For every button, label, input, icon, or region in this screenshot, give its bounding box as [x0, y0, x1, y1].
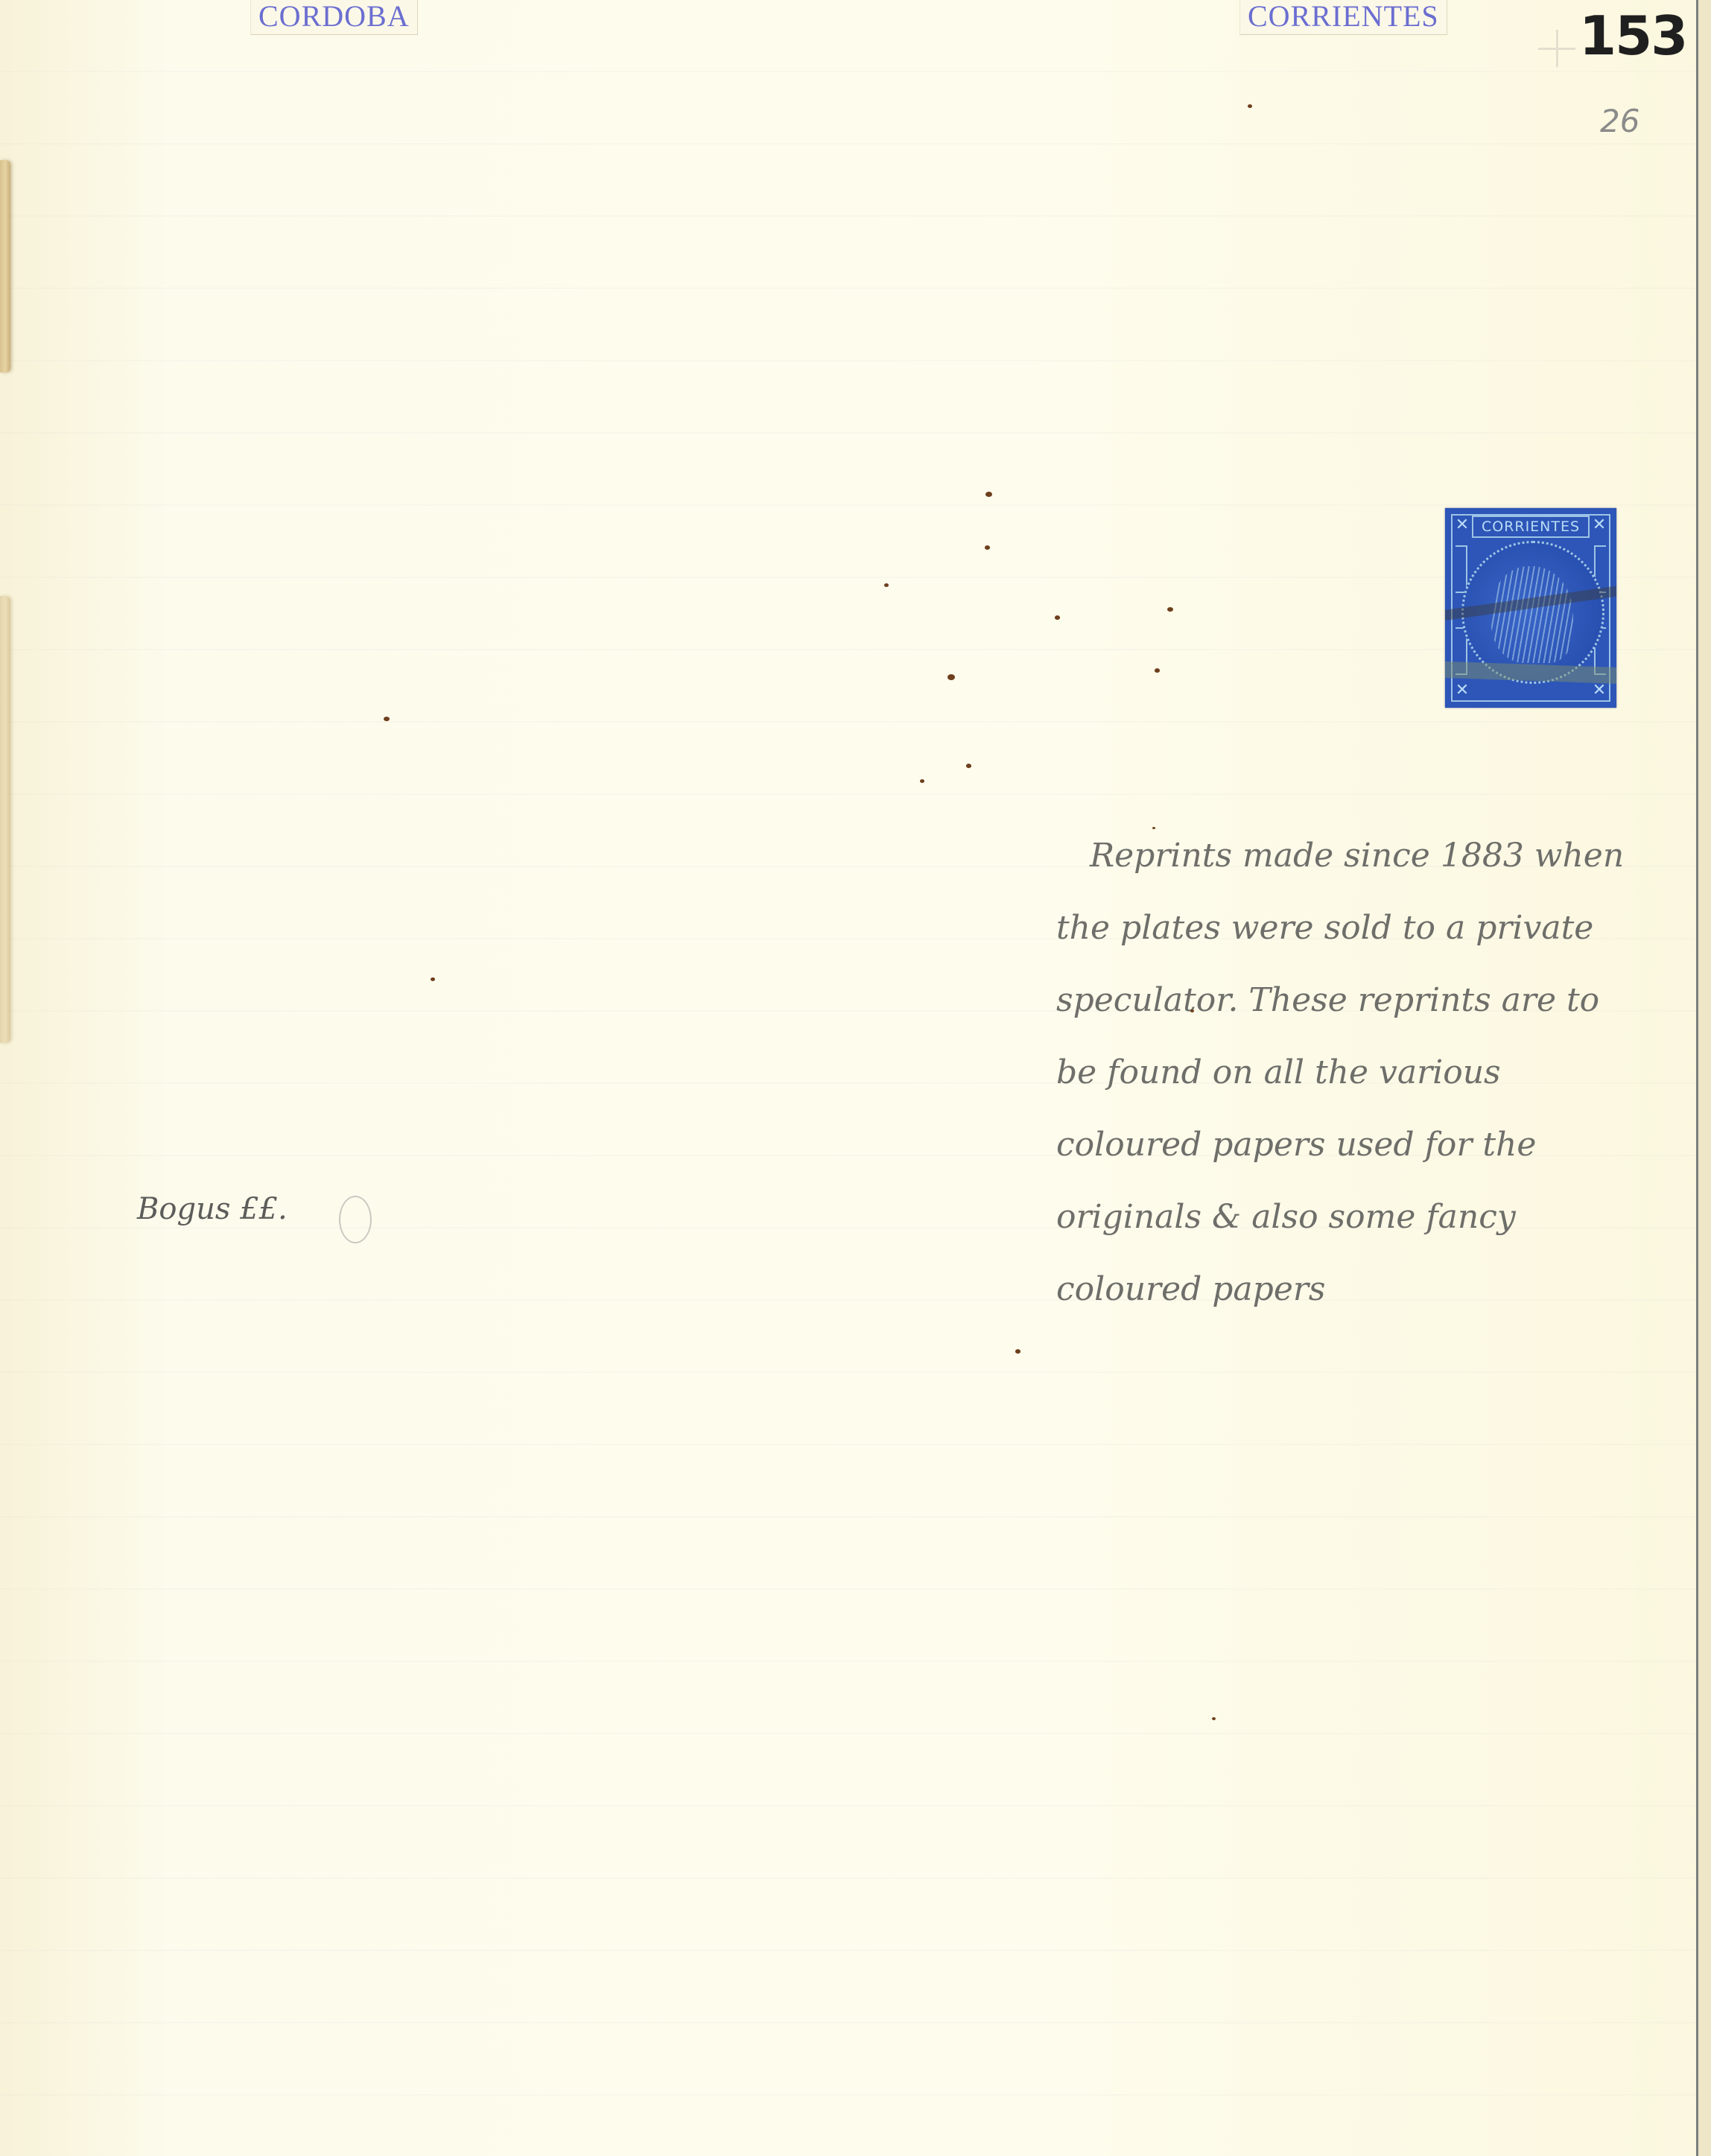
note-line: the plates were sold to a private — [1056, 892, 1637, 964]
foxing-spot — [1167, 607, 1173, 612]
note-line: be found on all the various — [1056, 1036, 1637, 1109]
right-margin-strip — [1698, 0, 1711, 2156]
ceres-head-icon — [1491, 566, 1573, 663]
foxing-spot — [1055, 615, 1060, 620]
note-line: speculator. These reprints are to — [1056, 964, 1637, 1036]
binding-tab-top — [0, 160, 10, 372]
foxing-spot — [920, 779, 924, 783]
pencil-loop-mark — [339, 1196, 372, 1243]
note-line: coloured papers — [1056, 1253, 1637, 1325]
stamp-inscription: CORRIENTES — [1472, 516, 1590, 538]
foxing-spot — [431, 977, 435, 981]
album-page: CORDOBA CORRIENTES 153 26 ✕ ✕ ✕ ✕ CORRIE… — [0, 0, 1711, 2156]
corrientes-stamp: ✕ ✕ ✕ ✕ CORRIENTES — [1445, 508, 1616, 708]
stamp-corner-star-icon: ✕ — [1590, 516, 1609, 535]
foxing-spot — [1190, 1009, 1194, 1012]
stamp-corner-star-icon: ✕ — [1453, 516, 1472, 535]
foxing-spot — [985, 492, 992, 497]
stamp-corner-star-icon: ✕ — [1453, 681, 1472, 700]
note-line: Reprints made since 1883 when — [1056, 819, 1637, 892]
note-line: coloured papers used for the — [1056, 1109, 1637, 1181]
foxing-spot — [1015, 1349, 1020, 1354]
margin-note-bogus: Bogus ££. — [137, 1192, 288, 1226]
foxing-spot — [1155, 668, 1160, 673]
stamp-corner-star-icon: ✕ — [1590, 681, 1609, 700]
sub-page-number: 26 — [1600, 103, 1639, 139]
foxing-spot — [985, 545, 990, 550]
header-label-corrientes: CORRIENTES — [1239, 0, 1447, 35]
foxing-spot — [384, 717, 390, 721]
foxing-spot — [966, 764, 971, 768]
right-margin-rule — [1696, 0, 1698, 2156]
header-label-cordoba: CORDOBA — [250, 0, 418, 35]
foxing-spot — [1248, 104, 1252, 108]
note-line: originals & also some fancy — [1056, 1181, 1637, 1253]
handwritten-note: Reprints made since 1883 when the plates… — [1056, 819, 1637, 1325]
page-number: 153 — [1579, 4, 1686, 67]
foxing-spot — [884, 583, 889, 587]
foxing-spot — [1212, 1717, 1216, 1720]
pencil-cross-mark — [1538, 30, 1575, 67]
binding-tab-middle — [0, 596, 10, 1043]
foxing-spot — [947, 674, 955, 680]
